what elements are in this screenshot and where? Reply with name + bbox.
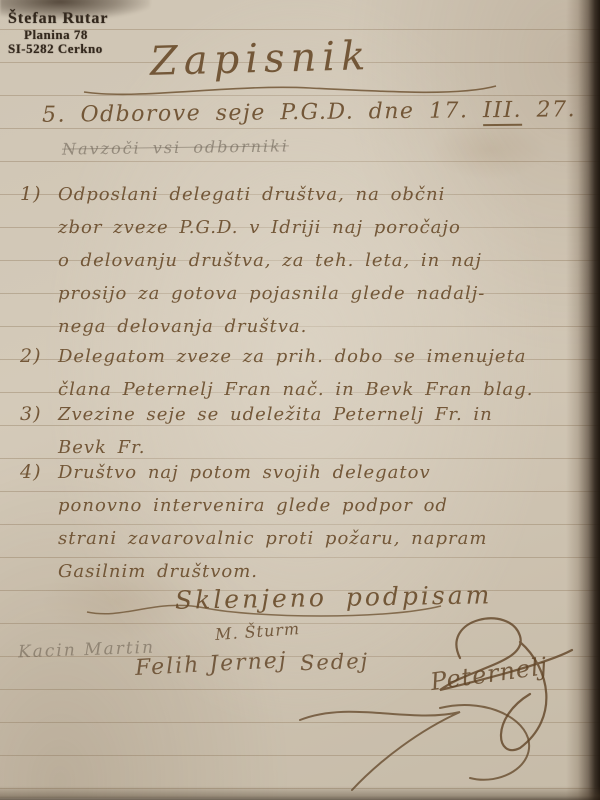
item-number: 3) xyxy=(20,398,42,431)
page-binding-shadow xyxy=(566,0,600,800)
heading-date-roman: III. xyxy=(483,98,522,126)
minute-item-3: 3) Zvezine seje se udeležita Peternelj F… xyxy=(20,398,493,464)
owner-stamp: Štefan Rutar Planina 78 SI-5282 Cerkno xyxy=(8,10,108,57)
signature-sedej: Sedej xyxy=(300,649,370,675)
minute-item-1: 1) Odposlani delegati društva, na občni … xyxy=(20,178,485,343)
stamp-name: Štefan Rutar xyxy=(8,10,108,28)
pencil-attendance-note: Navzoči vsi odborniki xyxy=(62,136,289,158)
paper-stain xyxy=(430,120,550,180)
signature-felih-jernej: Felih Jernej xyxy=(134,648,288,681)
stamp-city: SI-5282 Cerkno xyxy=(8,42,108,57)
handwritten-line: Društvo naj potom svojih delegatov xyxy=(58,456,487,489)
signature-peternelj: Peternelj xyxy=(429,652,550,696)
handwritten-line: nega delovanja društva. xyxy=(58,310,485,343)
handwritten-line: zbor zveze P.G.D. v Idriji naj poročajo xyxy=(58,211,485,244)
session-heading: 5. Odborove seje P.G.D. dne 17. III. 27. xyxy=(42,97,576,128)
handwritten-line: Delegatom zveze za prih. dobo se imenuje… xyxy=(58,340,534,373)
stamp-street: Planina 78 xyxy=(24,28,108,43)
scanned-minutes-page: Štefan Rutar Planina 78 SI-5282 Cerkno Z… xyxy=(0,0,600,800)
minute-item-4: 4) Društvo naj potom svojih delegatov po… xyxy=(20,456,487,588)
handwritten-line: Zvezine seje se udeležita Peternelj Fr. … xyxy=(58,398,493,431)
item-number: 4) xyxy=(20,456,42,489)
signature-m-sturm: M. Šturm xyxy=(214,619,300,644)
handwritten-line: strani zavarovalnic proti požaru, napram xyxy=(58,522,487,555)
handwritten-line: ponovno intervenira glede podpor od xyxy=(58,489,487,522)
heading-text: 5. Odborove seje P.G.D. dne 17. xyxy=(42,98,469,127)
handwritten-line: Odposlani delegati društva, na občni xyxy=(58,178,485,211)
page-bottom-shadow xyxy=(0,786,600,800)
handwritten-line: prosijo za gotova pojasnila glede nadalj… xyxy=(58,277,485,310)
closing-statement: Sklenjeno podpisam xyxy=(175,580,493,615)
item-number: 1) xyxy=(20,178,42,211)
item-number: 2) xyxy=(20,340,42,373)
signature-flourish-bottom xyxy=(290,690,550,795)
minute-item-2: 2) Delegatom zveze za prih. dobo se imen… xyxy=(20,340,534,406)
handwritten-line: o delovanju društva, za teh. leta, in na… xyxy=(58,244,485,277)
page-title: Zapisnik xyxy=(149,33,371,85)
